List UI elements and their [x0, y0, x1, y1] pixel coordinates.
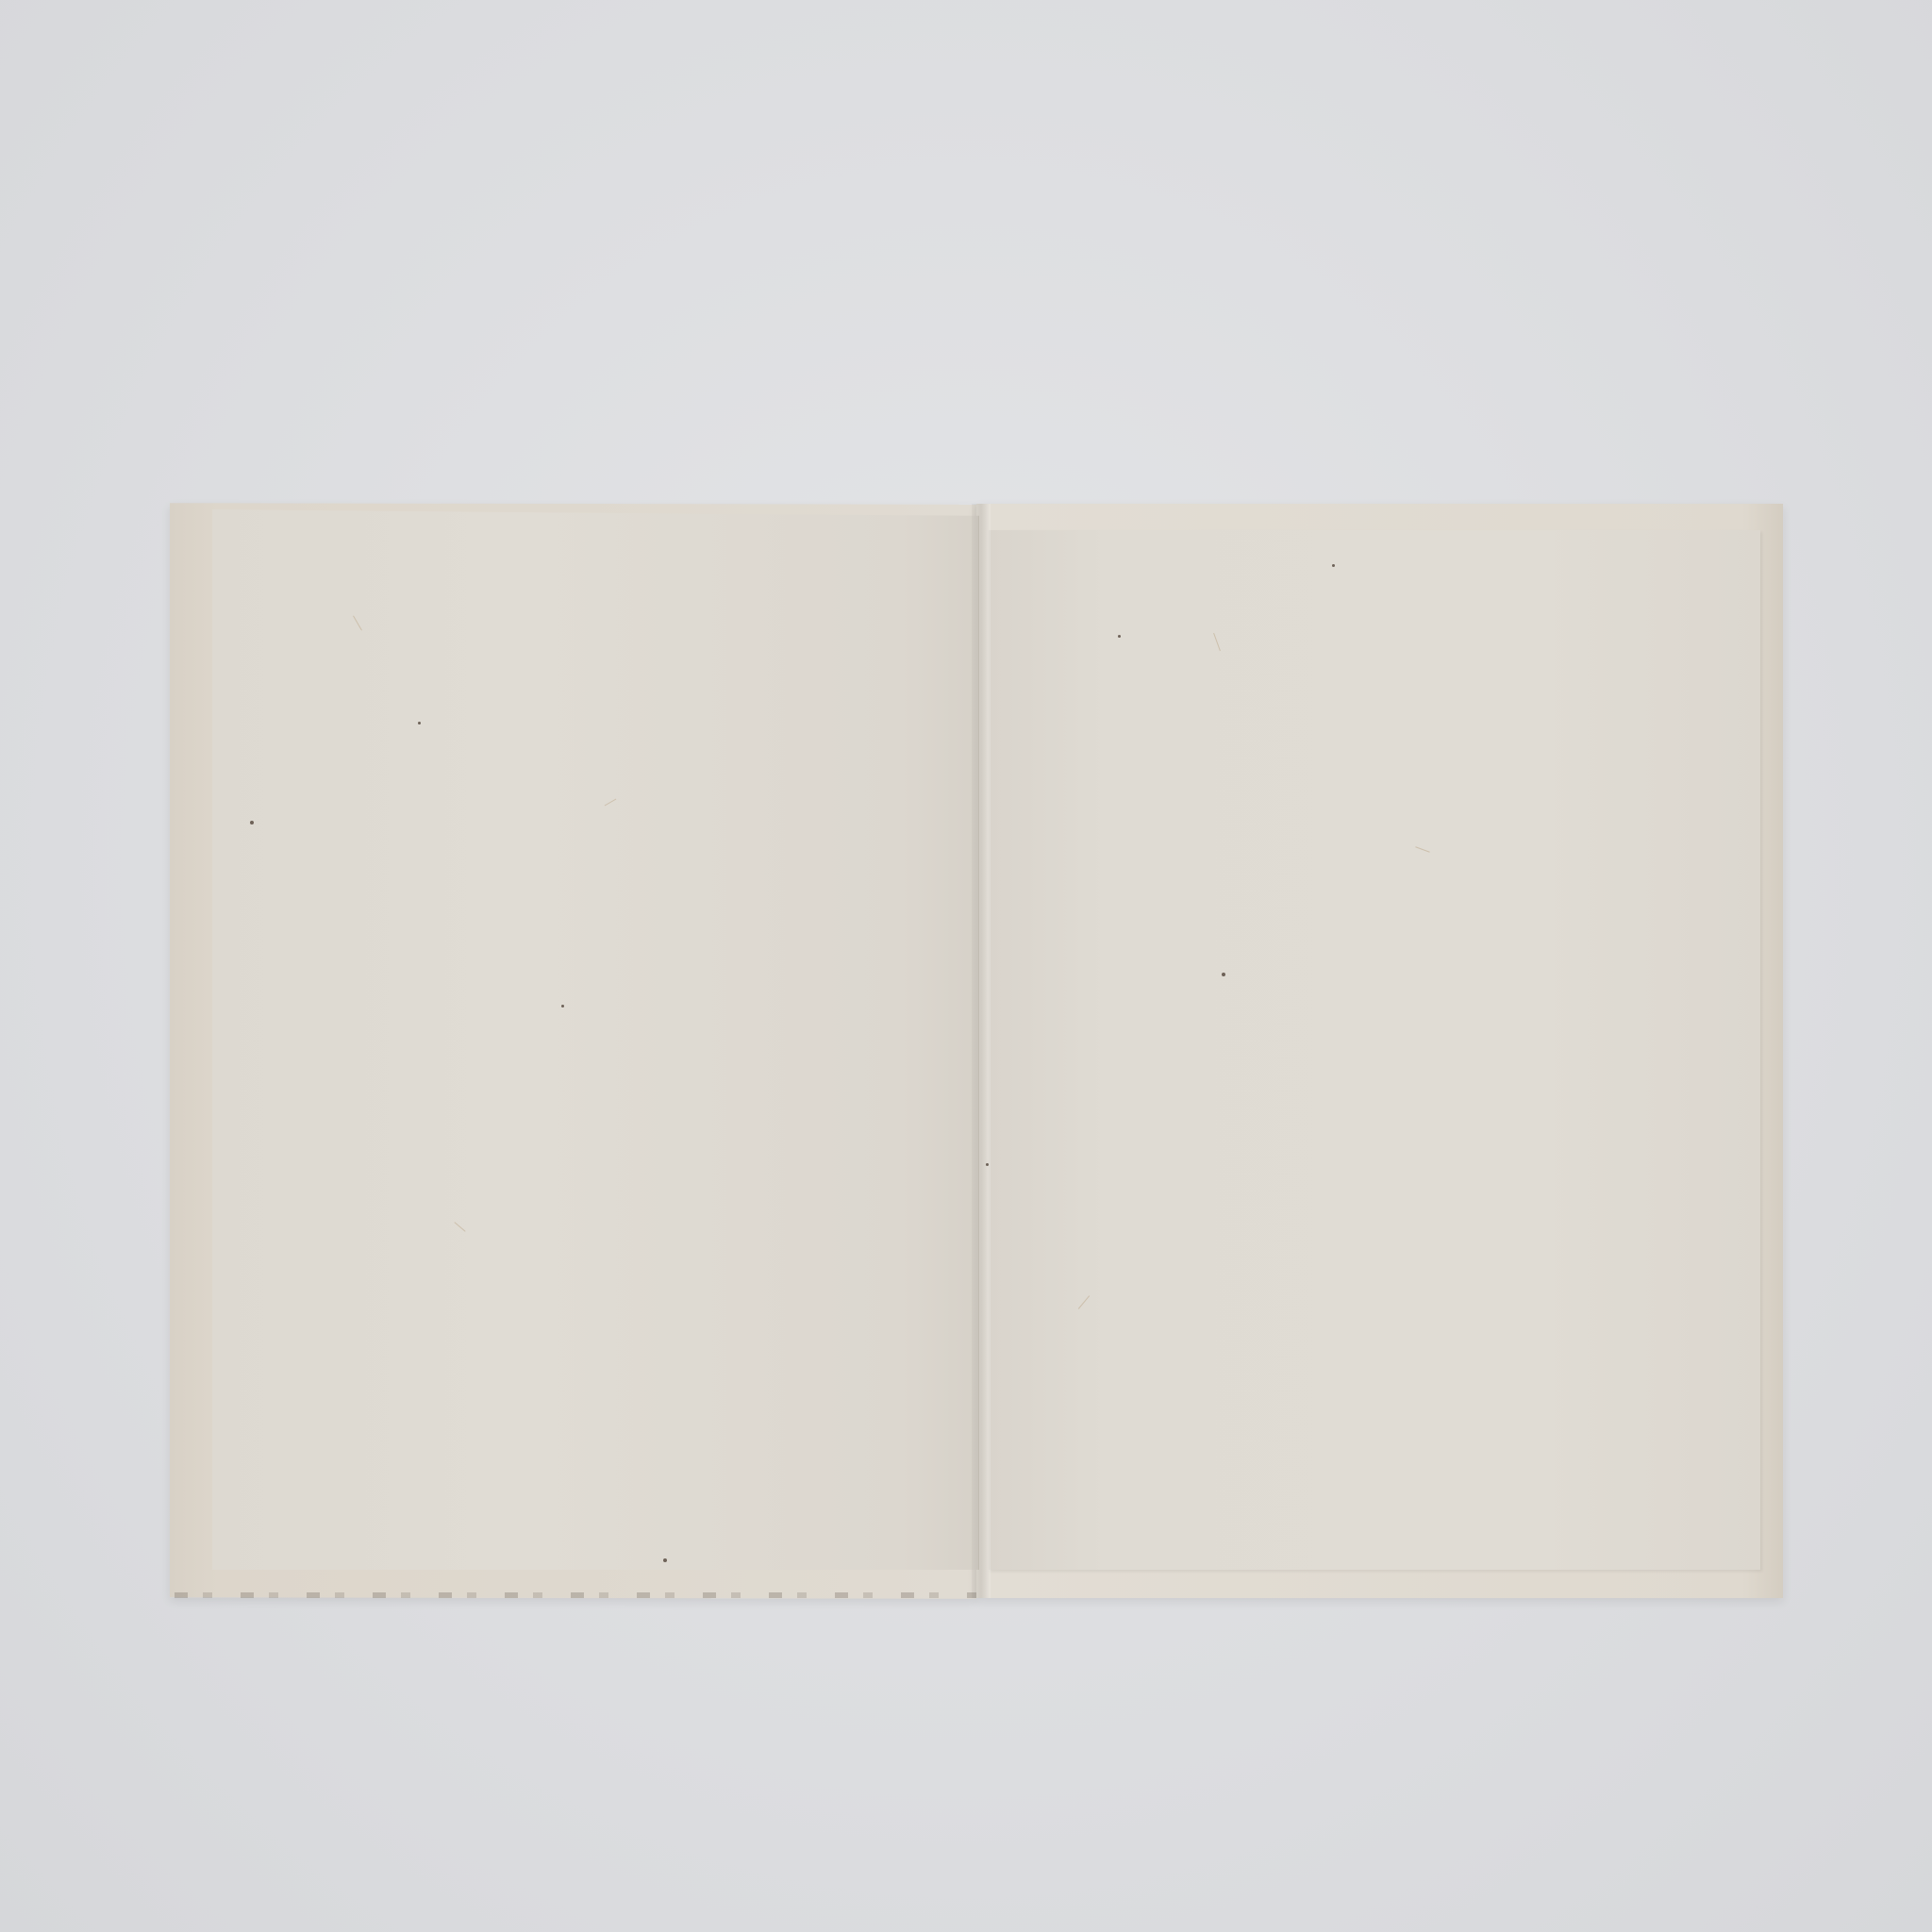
paper-speck [663, 1558, 667, 1562]
cover-edge-wear [175, 1592, 976, 1598]
paper-speck [986, 1163, 989, 1166]
book-gutter [972, 504, 991, 1598]
paper-speck [250, 821, 254, 824]
blank-page-left [212, 509, 979, 1570]
blank-page-right [989, 530, 1760, 1570]
paper-speck [1222, 973, 1225, 976]
paper-speck [1118, 635, 1121, 638]
paper-speck [561, 1005, 564, 1008]
photo-scene [0, 0, 1932, 1932]
paper-speck [418, 722, 421, 724]
paper-speck [1332, 564, 1335, 567]
